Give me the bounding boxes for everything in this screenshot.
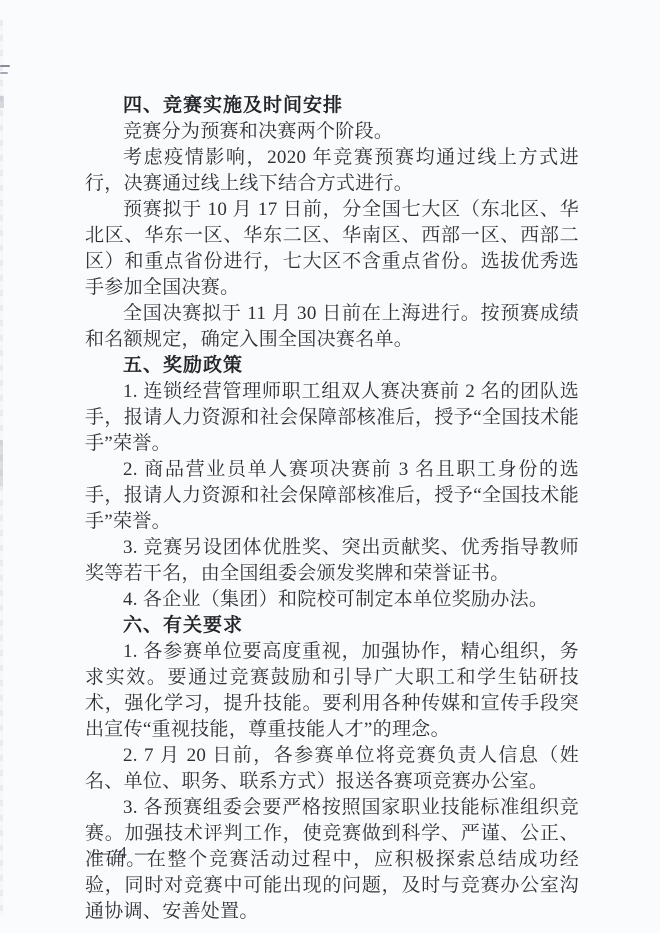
page-number: — 4 — bbox=[93, 843, 154, 863]
paragraph: 4. 各企业（集团）和院校可制定本单位奖励办法。 bbox=[85, 587, 579, 613]
paragraph: 1. 各参赛单位要高度重视，加强协作，精心组织，务求实效。要通过竞赛鼓励和引导广… bbox=[85, 639, 579, 743]
section-heading-award-policy: 五、奖励政策 bbox=[85, 353, 579, 379]
paragraph: 竞赛分为预赛和决赛两个阶段。 bbox=[85, 119, 579, 145]
paragraph: 1. 连锁经营管理师职工组双人赛决赛前 2 名的团队选手，报请人力资源和社会保障… bbox=[85, 379, 579, 457]
paragraph: 考虑疫情影响，2020 年竞赛预赛均通过线上方式进行，决赛通过线上线下结合方式进… bbox=[85, 145, 579, 197]
scan-artifact-mark bbox=[0, 96, 4, 108]
paragraph: 2. 商品营业员单人赛项决赛前 3 名且职工身份的选手，报请人力资源和社会保障部… bbox=[85, 457, 579, 535]
paragraph: 2. 7 月 20 日前，各参赛单位将竞赛负责人信息（姓名、单位、职务、联系方式… bbox=[85, 743, 579, 795]
section-heading-competition-schedule: 四、竞赛实施及时间安排 bbox=[85, 93, 579, 119]
scan-artifact-mark bbox=[0, 65, 10, 67]
paragraph: 3. 竞赛另设团体优胜奖、突出贡献奖、优秀指导教师奖等若干名，由全国组委会颁发奖… bbox=[85, 535, 579, 587]
scan-artifact-mark bbox=[0, 72, 8, 74]
paragraph: 预赛拟于 10 月 17 日前，分全国七大区（东北区、华北区、华东一区、华东二区… bbox=[85, 197, 579, 301]
document-body: 四、竞赛实施及时间安排 竞赛分为预赛和决赛两个阶段。 考虑疫情影响，2020 年… bbox=[85, 93, 579, 925]
paragraph: 3. 各预赛组委会要严格按照国家职业技能标准组织竞赛。加强技术评判工作，使竞赛做… bbox=[85, 795, 579, 925]
section-heading-requirements: 六、有关要求 bbox=[85, 613, 579, 639]
paragraph: 全国决赛拟于 11 月 30 日前在上海进行。按预赛成绩和名额规定，确定入围全国… bbox=[85, 301, 579, 353]
scan-artifact-mark bbox=[0, 440, 3, 486]
